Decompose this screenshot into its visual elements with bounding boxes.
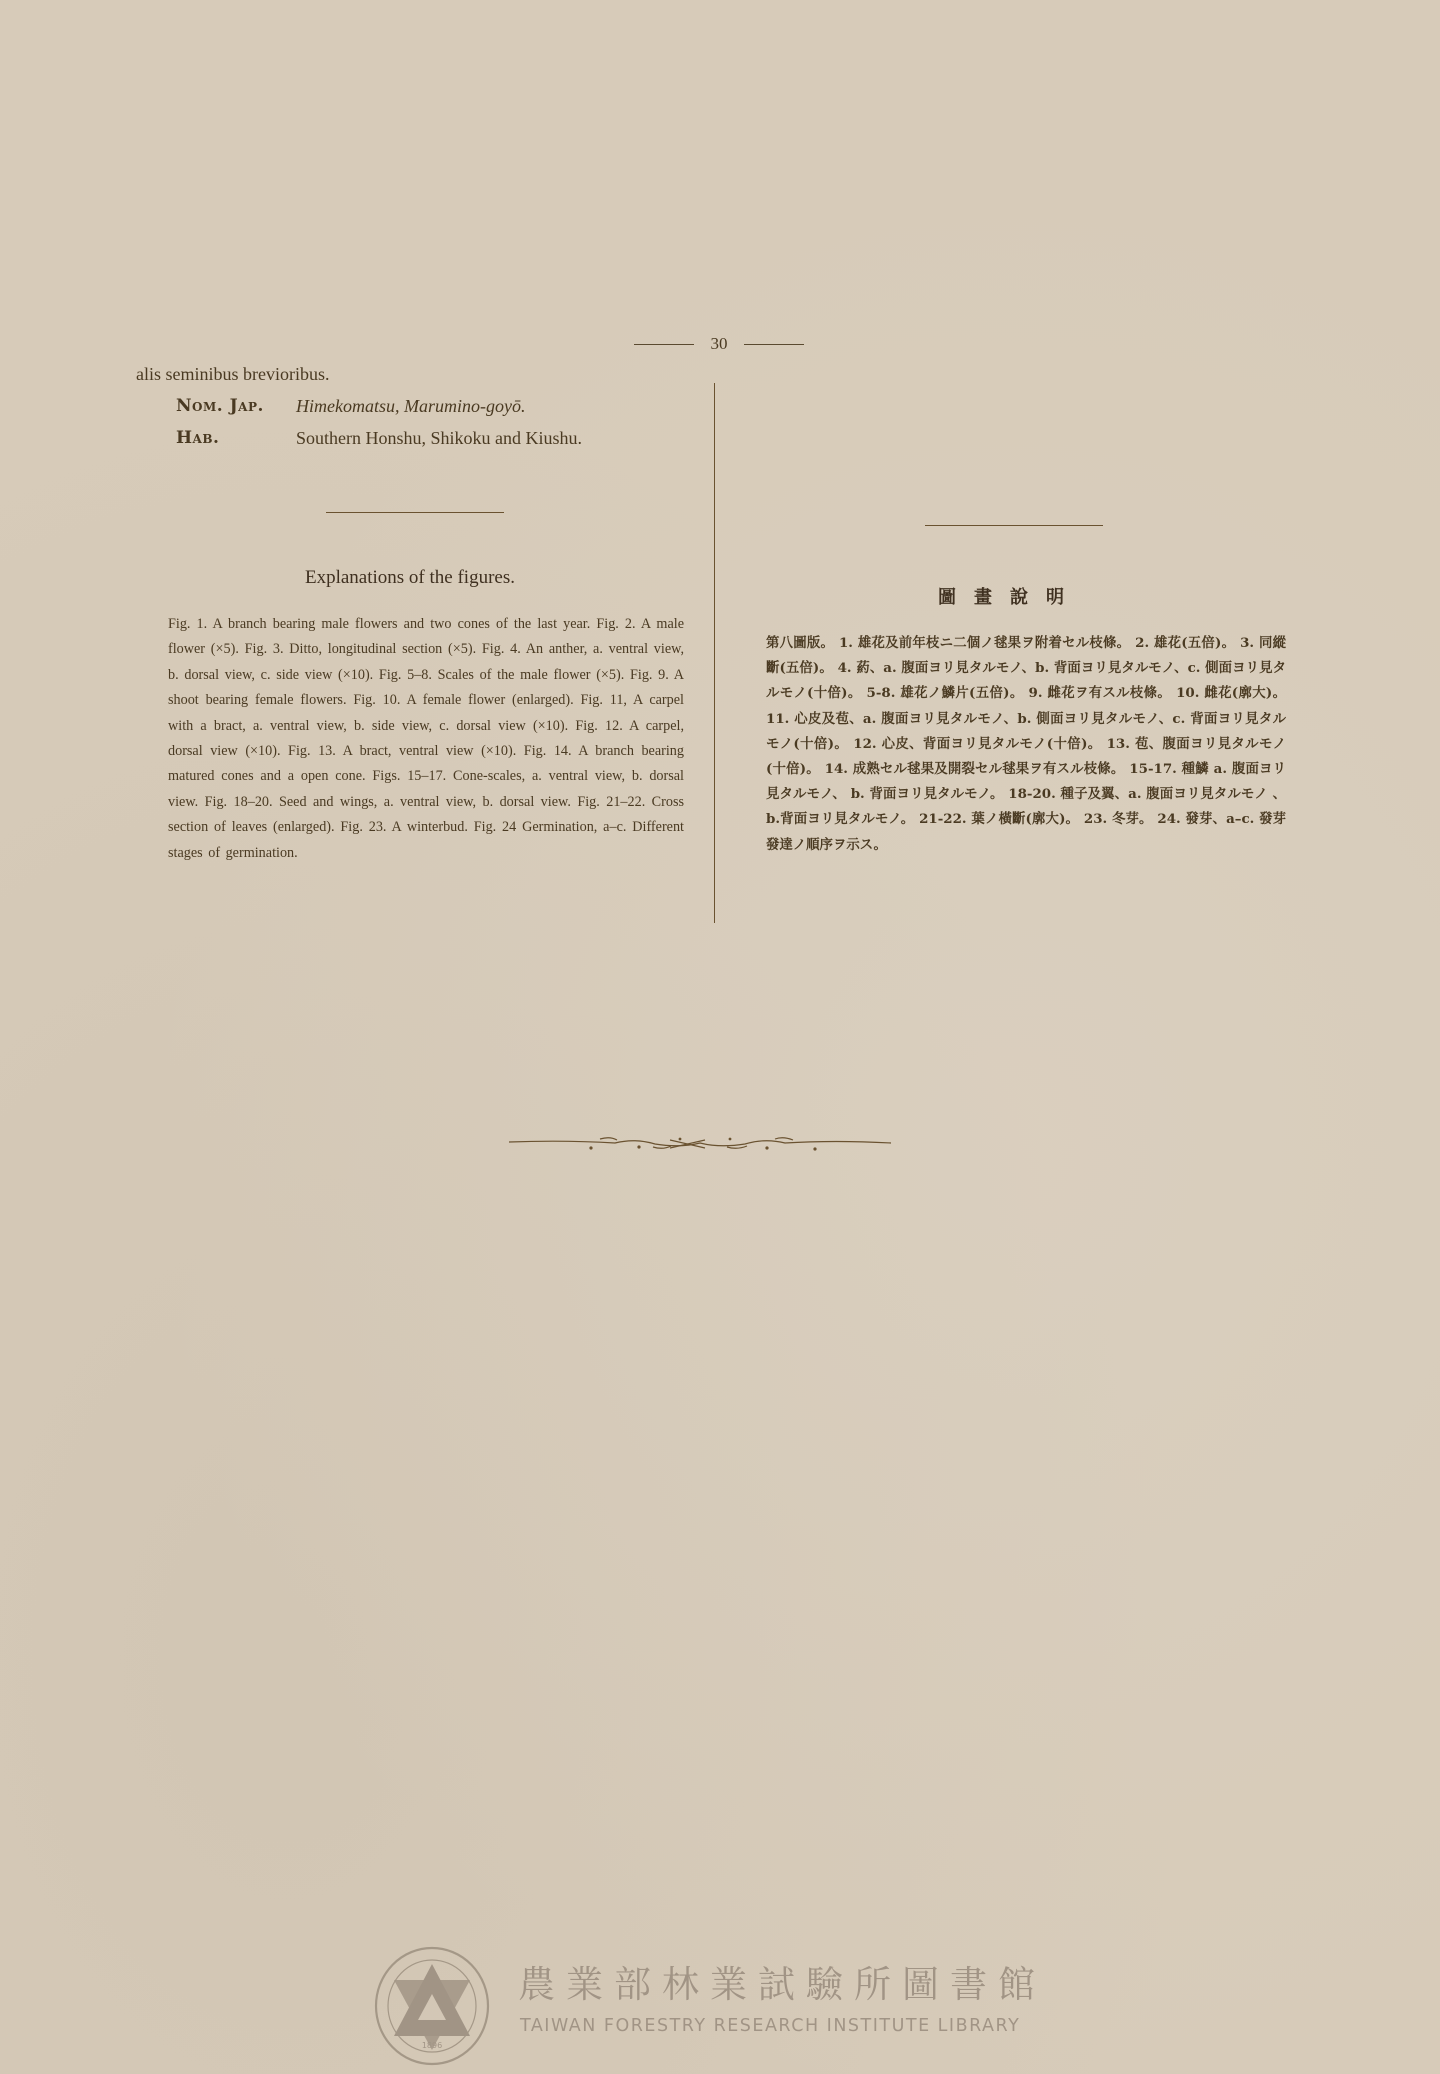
nom-jap-value: Himekomatsu, Marumino-goyō.	[296, 396, 525, 417]
jp-explanations-body: 第八圖版。 1. 雄花及前年枝ニ二個ノ毬果ヲ附着セル枝條。 2. 雄花(五倍)。…	[766, 631, 1286, 858]
right-section-rule	[925, 525, 1103, 526]
hab-label: Hab.	[176, 428, 296, 449]
nom-jap-label: Nom. Jap.	[176, 396, 296, 417]
explanations-body: Fig. 1. A branch bearing male flowers an…	[168, 612, 684, 866]
latin-continuation: alis seminibus brevioribus.	[136, 364, 329, 385]
column-divider	[714, 383, 715, 923]
logo-year: 1896	[422, 2041, 442, 2050]
explanations-title: Explanations of the figures.	[160, 567, 660, 589]
library-name-english: TAIWAN FORESTRY RESEARCH INSTITUTE LIBRA…	[520, 2016, 1020, 2036]
jp-explanations-title: 圖畫說明	[860, 583, 1160, 609]
page-number-rule-right	[744, 344, 804, 345]
hab-row: Hab. Southern Honshu, Shikoku and Kiushu…	[176, 428, 582, 449]
institute-logo-icon: 1896	[372, 1946, 496, 2070]
page-number: 30	[634, 332, 804, 356]
page-number-rule-left	[634, 344, 694, 345]
page-number-text: 30	[711, 334, 728, 354]
library-watermark: 1896 農業部林業試驗所圖書館 TAIWAN FORESTRY RESEARC…	[372, 1946, 1072, 2066]
library-name-chinese: 農業部林業試驗所圖書館	[518, 1954, 1046, 2008]
ornament-divider	[505, 1134, 895, 1156]
nom-jap-row: Nom. Jap. Himekomatsu, Marumino-goyō.	[176, 396, 525, 417]
left-section-rule	[326, 512, 504, 513]
hab-value: Southern Honshu, Shikoku and Kiushu.	[296, 428, 582, 449]
